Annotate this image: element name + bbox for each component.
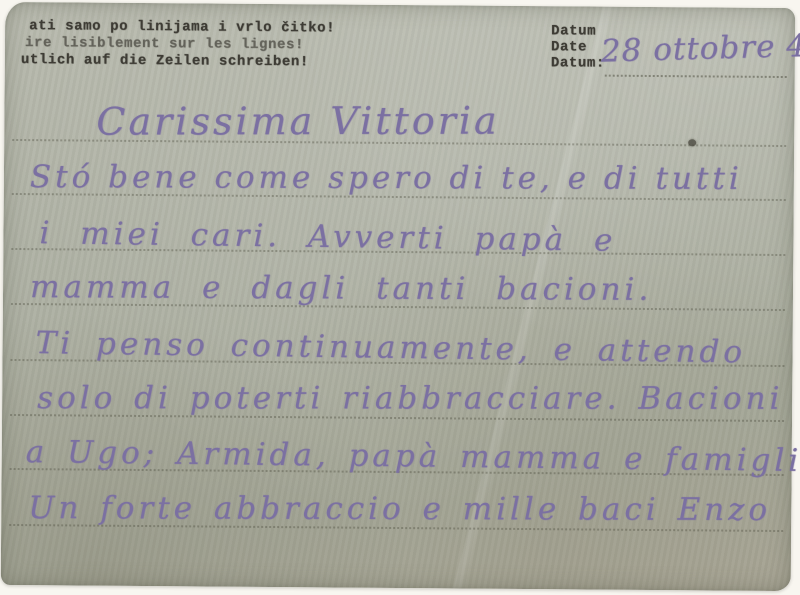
postcard-paper: ati samo po linijama i vrlo čitko! ire l… — [1, 2, 796, 591]
handwritten-date: 28 ottobre 45 — [600, 26, 800, 71]
date-label-date-fr: Date — [551, 39, 587, 55]
message-line: a Ugo; Armida, papà mamma e famiglia. — [26, 433, 800, 481]
message-line: Ti penso continuamente, e attendo — [35, 324, 746, 372]
salutation: Carissima Vittoria — [96, 98, 499, 147]
message-line: Stó bene come spero di te, e di tutti — [30, 158, 743, 199]
message-line: i miei cari. Avverti papà e — [39, 214, 616, 260]
message-line: mamma e dagli tanti bacioni. — [30, 268, 652, 309]
postcard-scan: ati samo po linijama i vrlo čitko! ire l… — [0, 0, 800, 595]
date-label-datum-de: Datum: — [551, 55, 605, 71]
printed-instruction-german: utlich auf die Zeilen schreiben! — [21, 52, 309, 70]
message-line: solo di poterti riabbracciare. Bacioni — [37, 379, 783, 418]
printed-instruction-serbocroatian: ati samo po linijama i vrlo čitko! — [29, 18, 335, 36]
date-label-datum-sr: Datum — [551, 23, 596, 39]
message-line-signature: Un forte abbraccio e mille baci Enzo — [28, 489, 771, 530]
printed-instruction-french: ire lisiblement sur les lignes! — [25, 35, 304, 53]
ink-spot — [688, 139, 696, 146]
date-dotted-line — [605, 75, 787, 78]
